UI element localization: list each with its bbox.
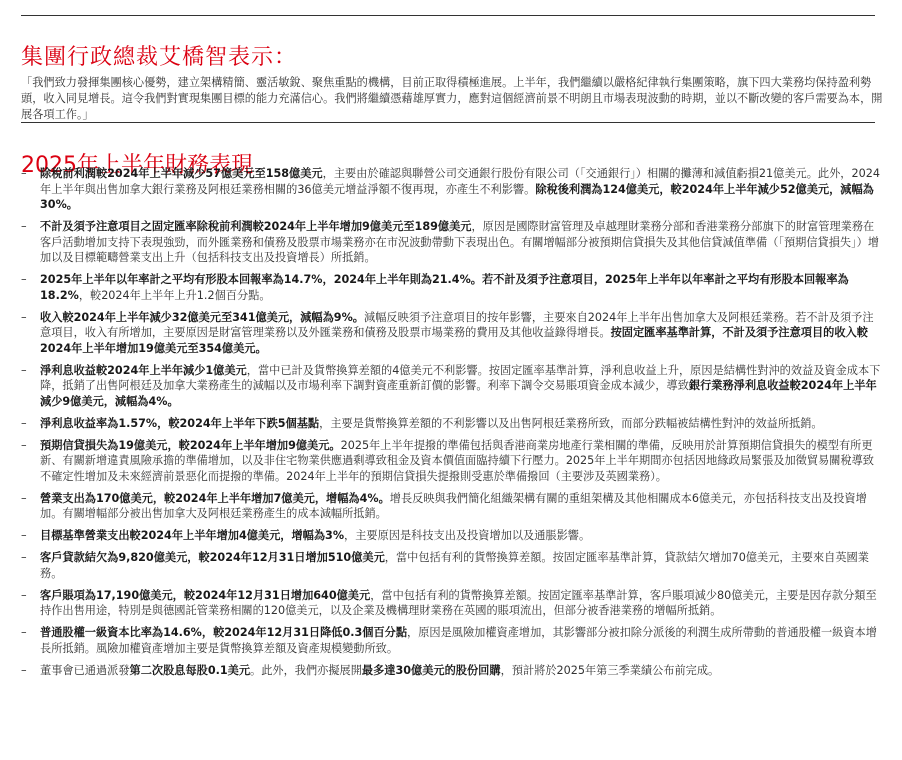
highlight-bold-text: 普通股權一級資本比率為14.6%，較2024年12月31日降低0.3個百分點 xyxy=(40,626,407,639)
highlight-bold-text: 淨利息收益較2024年上半年減少1億美元 xyxy=(40,364,247,377)
highlight-bold-text: 預期信貸損失為19億美元，較2024年上半年增加9億美元。 xyxy=(40,439,341,452)
ceo-quote: 「我們致力發揮集團核心優勢，建立架構精簡、靈活敏銳、聚焦重點的機構，目前正取得積… xyxy=(21,75,883,123)
dash-bullet-icon: – xyxy=(21,166,33,182)
dash-bullet-icon: – xyxy=(21,588,33,604)
document-page: 集團行政總裁艾橋智表示： 「我們致力發揮集團核心優勢，建立架構精簡、靈活敏銳、聚… xyxy=(0,0,902,760)
dash-bullet-icon: – xyxy=(21,219,33,235)
highlight-bold-text: 收入較2024年上半年減少32億美元至341億美元，減幅為9%。 xyxy=(40,311,364,324)
highlight-bold-text: 不計及須予注意項目之固定匯率除稅前利潤較2024年上半年增加9億美元至189億美… xyxy=(40,220,471,233)
highlight-text: ，主要原因是科技支出及投資增加以及通脹影響。 xyxy=(344,529,590,542)
highlight-text: ，主要是貨幣換算差額的不利影響以及出售阿根廷業務所致，而部分跌幅被結構性對沖的效… xyxy=(319,417,822,430)
financial-highlight-item: –淨利息收益較2024年上半年減少1億美元，當中已計及貨幣換算差額的4億美元不利… xyxy=(21,363,883,410)
highlight-bold-text: 第二次股息每股0.1美元 xyxy=(130,664,251,677)
financial-highlight-item: –普通股權一級資本比率為14.6%，較2024年12月31日降低0.3個百分點，… xyxy=(21,625,883,656)
dash-bullet-icon: – xyxy=(21,438,33,454)
highlight-bold-text: 淨利息收益率為1.57%，較2024年上半年下跌5個基點 xyxy=(40,417,319,430)
highlight-text: 。此外，我們亦擬展開 xyxy=(250,664,362,677)
financial-highlight-item: –營業支出為170億美元，較2024年上半年增加7億美元，增幅為4%。增長反映與… xyxy=(21,491,883,522)
highlight-bold-text: 目標基準營業支出較2024年上半年增加4億美元，增幅為3% xyxy=(40,529,344,542)
dash-bullet-icon: – xyxy=(21,272,33,288)
financial-highlight-item: –不計及須予注意項目之固定匯率除稅前利潤較2024年上半年增加9億美元至189億… xyxy=(21,219,883,266)
highlight-text: ，較2024年上半年上升1.2個百分點。 xyxy=(79,289,271,302)
financial-highlight-item: –董事會已通過派發第二次股息每股0.1美元。此外，我們亦擬展開最多達30億美元的… xyxy=(21,663,883,679)
highlight-bold-text: 客戶賬項為17,190億美元，較2024年12月31日增加640億美元 xyxy=(40,589,370,602)
financial-highlight-item: –客戶賬項為17,190億美元，較2024年12月31日增加640億美元，當中包… xyxy=(21,588,883,619)
dash-bullet-icon: – xyxy=(21,416,33,432)
financial-highlight-item: –淨利息收益率為1.57%，較2024年上半年下跌5個基點，主要是貨幣換算差額的… xyxy=(21,416,883,432)
top-divider xyxy=(21,15,875,16)
financial-highlight-item: –除稅前利潤較2024年上半年減少57億美元至158億美元，主要由於確認與聯營公… xyxy=(21,166,883,213)
highlight-bold-text: 除稅前利潤較2024年上半年減少57億美元至158億美元 xyxy=(40,167,323,180)
financial-highlight-item: –客戶貸款結欠為9,820億美元，較2024年12月31日增加510億美元，當中… xyxy=(21,550,883,581)
dash-bullet-icon: – xyxy=(21,363,33,379)
dash-bullet-icon: – xyxy=(21,310,33,326)
dash-bullet-icon: – xyxy=(21,663,33,679)
financial-highlights-list: –除稅前利潤較2024年上半年減少57億美元至158億美元，主要由於確認與聯營公… xyxy=(21,166,883,685)
dash-bullet-icon: – xyxy=(21,550,33,566)
financial-highlight-item: –預期信貸損失為19億美元，較2024年上半年增加9億美元。2025年上半年提撥… xyxy=(21,438,883,485)
ceo-statement-heading: 集團行政總裁艾橋智表示： xyxy=(21,45,297,71)
highlight-text: ，預計將於2025年第三季業績公布前完成。 xyxy=(501,664,720,677)
dash-bullet-icon: – xyxy=(21,528,33,544)
dash-bullet-icon: – xyxy=(21,491,33,507)
highlight-bold-text: 營業支出為170億美元，較2024年上半年增加7億美元，增幅為4%。 xyxy=(40,492,390,505)
dash-bullet-icon: – xyxy=(21,625,33,641)
section-divider xyxy=(21,122,875,123)
financial-highlight-item: –目標基準營業支出較2024年上半年增加4億美元，增幅為3%，主要原因是科技支出… xyxy=(21,528,883,544)
financial-highlight-item: –收入較2024年上半年減少32億美元至341億美元，減幅為9%。減幅反映須予注… xyxy=(21,310,883,357)
highlight-bold-text: 客戶貸款結欠為9,820億美元，較2024年12月31日增加510億美元 xyxy=(40,551,385,564)
highlight-text: 董事會已通過派發 xyxy=(40,664,130,677)
financial-highlight-item: –2025年上半年以年率計之平均有形股本回報率為14.7%，2024年上半年則為… xyxy=(21,272,883,303)
highlight-bold-text: 最多達30億美元的股份回購 xyxy=(362,664,501,677)
